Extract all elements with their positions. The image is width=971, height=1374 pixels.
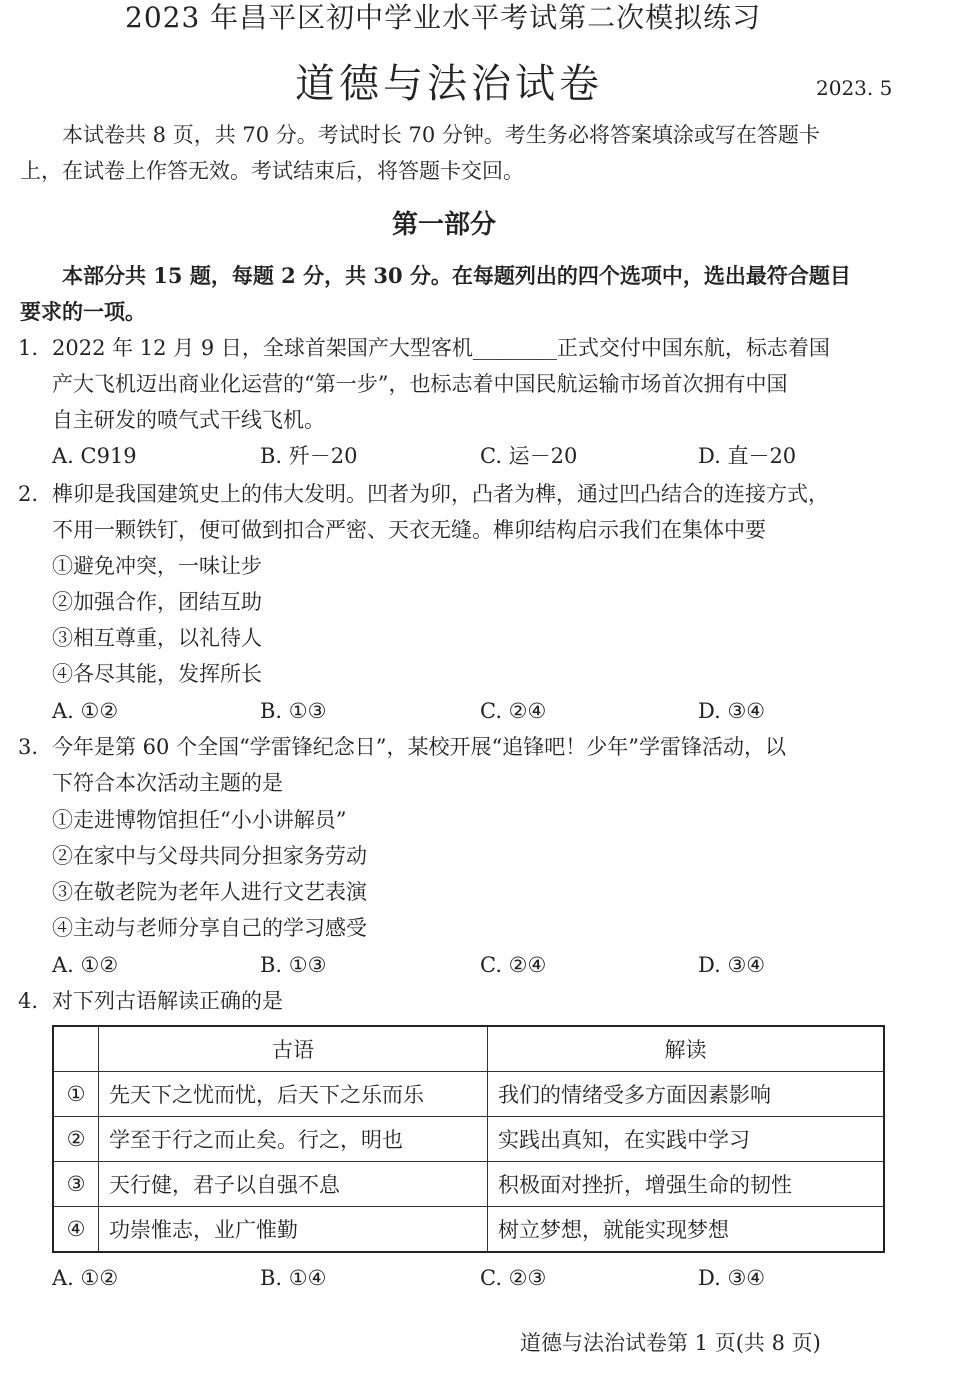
row-quote: 学至于行之而止矣。行之，明也 — [99, 1117, 488, 1162]
instructions-line-2: 上，在试卷上作答无效。考试结束后，将答题卡交回。 — [20, 153, 524, 189]
question-text-line: 榫卯是我国建筑史上的伟大发明。凹者为卯，凸者为榫，通过凹凸结合的连接方式， — [52, 476, 829, 512]
question-text-line: 对下列古语解读正确的是 — [52, 983, 283, 1019]
section-title: 第一部分 — [392, 204, 496, 241]
option-d[interactable]: D. ③④ — [698, 947, 765, 983]
statement: ①避免冲突，一味让步 — [52, 548, 262, 584]
page-footer: 道德与法治试卷第 1 页(共 8 页) — [520, 1327, 821, 1357]
table-header-row: 古语 解读 — [53, 1026, 884, 1072]
question-text-line: 自主研发的喷气式干线飞机。 — [52, 402, 325, 438]
row-index: ② — [53, 1117, 99, 1162]
question-text-line: 下符合本次活动主题的是 — [52, 765, 283, 801]
option-b[interactable]: B. ①③ — [260, 947, 326, 983]
table-header-quote: 古语 — [99, 1026, 488, 1072]
option-c[interactable]: C. ②④ — [480, 693, 546, 729]
question-text-line: 产大飞机迈出商业化运营的“第一步”，也标志着中国民航运输市场首次拥有中国 — [52, 366, 787, 402]
table-row: ④ 功崇惟志，业广惟勤 树立梦想，就能实现梦想 — [53, 1207, 884, 1253]
row-interpretation: 我们的情绪受多方面因素影响 — [488, 1072, 885, 1117]
table-row: ③ 天行健，君子以自强不息 积极面对挫折，增强生命的韧性 — [53, 1162, 884, 1207]
statement: ③相互尊重，以礼待人 — [52, 620, 262, 656]
row-interpretation: 积极面对挫折，增强生命的韧性 — [488, 1162, 885, 1207]
statement: ④各尽其能，发挥所长 — [52, 656, 262, 692]
option-c[interactable]: C. ②③ — [480, 1260, 546, 1296]
statement: ②在家中与父母共同分担家务劳动 — [52, 838, 367, 874]
statement: ③在敬老院为老年人进行文艺表演 — [52, 874, 367, 910]
statement: ②加强合作，团结互助 — [52, 584, 262, 620]
option-b[interactable]: B. ①③ — [260, 693, 326, 729]
quote-table: 古语 解读 ① 先天下之忧而忧，后天下之乐而乐 我们的情绪受多方面因素影响 ② … — [52, 1025, 885, 1253]
question-number: 1. — [18, 330, 38, 366]
question-text-line: 不用一颗铁钉，便可做到扣合严密、天衣无缝。榫卯结构启示我们在集体中要 — [52, 512, 766, 548]
option-a[interactable]: A. ①② — [52, 1260, 118, 1296]
row-interpretation: 实践出真知，在实践中学习 — [488, 1117, 885, 1162]
option-d[interactable]: D. ③④ — [698, 693, 765, 729]
table-header-index — [53, 1026, 99, 1072]
question-number: 2. — [18, 476, 38, 512]
option-b[interactable]: B. ①④ — [260, 1260, 326, 1296]
table-header-interpretation: 解读 — [488, 1026, 885, 1072]
row-quote: 天行健，君子以自强不息 — [99, 1162, 488, 1207]
question-text-line: 今年是第 60 个全国“学雷锋纪念日”，某校开展“追锋吧！少年”学雷锋活动，以 — [52, 729, 786, 765]
row-quote: 先天下之忧而忧，后天下之乐而乐 — [99, 1072, 488, 1117]
question-text-line: 2022 年 12 月 9 日，全球首架国产大型客机________正式交付中国… — [52, 330, 830, 366]
statement: ①走进博物馆担任“小小讲解员” — [52, 802, 346, 838]
option-b[interactable]: B. 歼－20 — [260, 438, 358, 474]
section-desc-line-1: 本部分共 15 题，每题 2 分，共 30 分。在每题列出的四个选项中，选出最符… — [62, 258, 851, 294]
row-interpretation: 树立梦想，就能实现梦想 — [488, 1207, 885, 1253]
question-number: 3. — [18, 729, 38, 765]
question-number: 4. — [18, 983, 38, 1019]
row-index: ① — [53, 1072, 99, 1117]
row-index: ④ — [53, 1207, 99, 1253]
option-a[interactable]: A. ①② — [52, 947, 118, 983]
instructions-line-1: 本试卷共 8 页，共 70 分。考试时长 70 分钟。考生务必将答案填涂或写在答… — [62, 117, 820, 153]
option-a[interactable]: A. ①② — [52, 693, 118, 729]
table-row: ① 先天下之忧而忧，后天下之乐而乐 我们的情绪受多方面因素影响 — [53, 1072, 884, 1117]
option-a[interactable]: A. C919 — [52, 438, 137, 474]
option-d[interactable]: D. 直－20 — [698, 438, 796, 474]
row-quote: 功崇惟志，业广惟勤 — [99, 1207, 488, 1253]
table-row: ② 学至于行之而止矣。行之，明也 实践出真知，在实践中学习 — [53, 1117, 884, 1162]
statement: ④主动与老师分享自己的学习感受 — [52, 910, 367, 946]
option-c[interactable]: C. ②④ — [480, 947, 546, 983]
row-index: ③ — [53, 1162, 99, 1207]
section-desc-line-2: 要求的一项。 — [20, 294, 146, 330]
exam-title: 2023 年昌平区初中学业水平考试第二次模拟练习 — [125, 0, 761, 36]
exam-date: 2023. 5 — [816, 76, 892, 100]
option-d[interactable]: D. ③④ — [698, 1260, 765, 1296]
option-c[interactable]: C. 运－20 — [480, 438, 577, 474]
subject-title: 道德与法治试卷 — [295, 52, 603, 109]
